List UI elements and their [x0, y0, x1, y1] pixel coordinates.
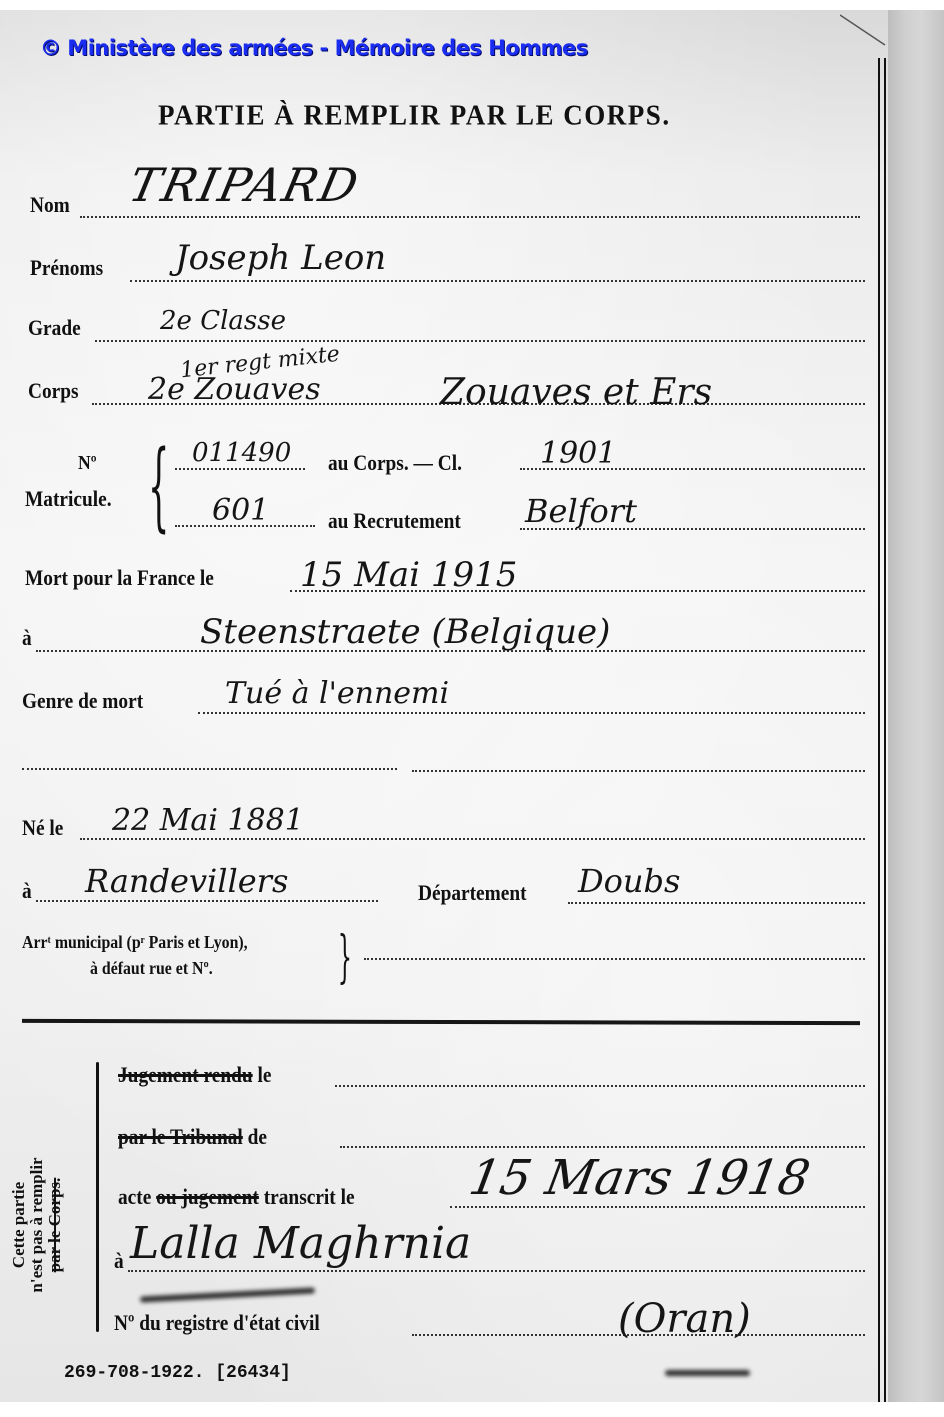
value-lieu-acte[interactable]: Lalla Maghrnia [130, 1218, 471, 1269]
label-departement: Département [418, 880, 527, 906]
value-genre-mort[interactable]: Tué à l'ennemi [225, 676, 449, 711]
value-grade[interactable]: 2e Classe [160, 306, 286, 336]
value-matricule-corps[interactable]: 011490 [192, 438, 291, 468]
value-naissance[interactable]: 22 Mai 1881 [112, 803, 304, 838]
label-jugement-le: le [257, 1062, 271, 1087]
side-note-line1: Cette partie [10, 1090, 28, 1360]
value-lieu-mort[interactable]: Steenstraete (Belgique) [200, 612, 610, 652]
label-matricule: Matricule. [25, 486, 112, 512]
lower-section-bracket [96, 1062, 99, 1332]
label-arrondissement-line1: Arrᵗ municipal (pʳ Paris et Lyon), [22, 932, 248, 953]
label-jugement: Jugement rendu le [118, 1062, 271, 1088]
label-genre-mort: Genre de mort [22, 688, 143, 714]
dotted-line-extra-right [412, 770, 865, 772]
dotted-line-matricule-corps [175, 468, 305, 470]
label-matricule-no: Nº [78, 452, 97, 475]
label-acte-pre: acte [118, 1184, 156, 1209]
dotted-line-prenoms [130, 280, 865, 282]
value-nom[interactable]: TRIPARD [124, 158, 364, 212]
label-acte-post: transcrit le [259, 1184, 355, 1209]
dotted-line-lieu-naissance [36, 900, 378, 902]
label-tribunal: par le Tribunal de [118, 1124, 267, 1150]
matricule-brace: { [148, 438, 169, 534]
arrondissement-brace: { [338, 930, 352, 986]
side-note-line2: n'est pas à remplir [28, 1090, 46, 1360]
value-recrutement-place[interactable]: Belfort [525, 492, 637, 530]
label-lieu-acte: à [114, 1248, 124, 1274]
dotted-line-acte [450, 1206, 865, 1208]
label-registre: Nº du registre d'état civil [114, 1310, 320, 1336]
label-tribunal-struck: par le Tribunal [118, 1124, 243, 1149]
value-acte[interactable]: 15 Mars 1918 [465, 1150, 814, 1206]
label-lieu-mort: à [22, 625, 32, 651]
dotted-line-genre-mort [198, 712, 865, 714]
border-line-inner [878, 58, 880, 1402]
value-registre[interactable]: (Oran) [618, 1296, 751, 1342]
label-lieu-naissance: à [22, 878, 32, 904]
label-naissance: Né le [22, 815, 63, 841]
label-au-corps-classe: au Corps. — Cl. [328, 450, 462, 476]
dotted-line-nom [80, 216, 860, 218]
value-prenoms[interactable]: Joseph Leon [175, 238, 386, 278]
dotted-line-naissance [80, 838, 865, 840]
value-classe[interactable]: 1901 [540, 436, 616, 471]
dotted-line-jugement[interactable] [335, 1085, 865, 1087]
scan-edge [888, 10, 944, 1402]
form-title: PARTIE À REMPLIR PAR LE CORPS. [158, 99, 671, 132]
label-corps: Corps [28, 378, 79, 404]
side-note: Cette partie n'est pas à remplir par le … [10, 1090, 64, 1360]
page-corner-fold [840, 10, 890, 50]
label-prenoms: Prénoms [30, 255, 103, 281]
label-tribunal-de: de [248, 1124, 267, 1149]
label-acte: acte ou jugement transcrit le [118, 1184, 355, 1210]
form-reference-code: 269-708-1922. [26434] [64, 1363, 291, 1383]
border-line-outer [884, 58, 886, 1402]
copyright-watermark: © Ministère des armées - Mémoire des Hom… [40, 36, 588, 60]
value-lieu-naissance[interactable]: Randevillers [85, 862, 288, 900]
value-corps-extra[interactable]: Zouaves et Ers [440, 372, 712, 413]
label-acte-struck: ou jugement [156, 1184, 259, 1209]
dotted-line-extra-left [22, 768, 397, 770]
value-departement[interactable]: Doubs [578, 862, 680, 900]
dotted-line-departement [568, 902, 865, 904]
ink-smudge-2 [665, 1370, 750, 1376]
label-arrondissement-line2: à défaut rue et Nº. [90, 958, 213, 979]
value-recrutement-no[interactable]: 601 [212, 493, 269, 528]
dotted-line-arrondissement[interactable] [364, 958, 865, 960]
value-corps[interactable]: 2e Zouaves [148, 372, 321, 407]
label-nom: Nom [30, 192, 70, 218]
dotted-line-grade [95, 340, 865, 342]
label-au-recrutement: au Recrutement [328, 508, 461, 534]
label-jugement-struck: Jugement rendu [118, 1062, 253, 1087]
value-mort[interactable]: 15 Mai 1915 [300, 555, 517, 595]
label-grade: Grade [28, 315, 81, 341]
side-note-line3: par le Corps. [46, 1090, 64, 1360]
dotted-line-lieu-acte [128, 1270, 865, 1272]
dotted-line-tribunal[interactable] [340, 1146, 865, 1148]
label-mort: Mort pour la France le [25, 565, 214, 591]
